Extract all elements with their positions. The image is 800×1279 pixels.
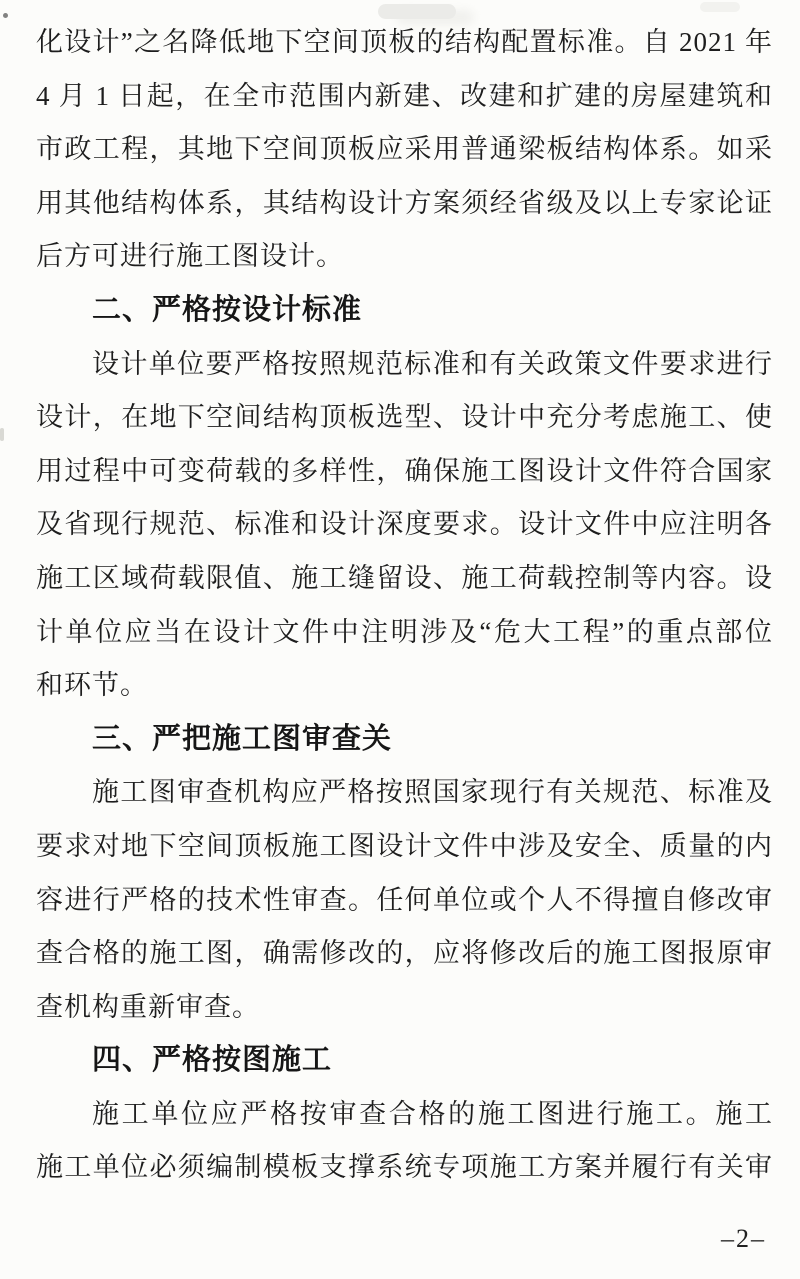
section-heading: 四、严格按图施工 xyxy=(36,1034,773,1088)
body-line: 化设计”之名降低地下空间顶板的结构配置标准。自 2021 年 xyxy=(36,16,773,70)
body-line: 设计，在地下空间结构顶板选型、设计中充分考虑施工、使 xyxy=(36,391,773,445)
scan-artifact xyxy=(0,428,4,441)
body-line: 和环节。 xyxy=(36,659,773,713)
body-line: 容进行严格的技术性审查。任何单位或个人不得擅自修改审 xyxy=(36,874,773,928)
section-heading: 三、严把施工图审查关 xyxy=(36,713,773,767)
scan-artifact xyxy=(700,2,740,12)
body-line: 施工单位应严格按审查合格的施工图进行施工。施工前， xyxy=(36,1088,773,1142)
body-line: 施工单位必须编制模板支撑系统专项施工方案并履行有关审 xyxy=(36,1141,773,1195)
body-line: 4 月 1 日起，在全市范围内新建、改建和扩建的房屋建筑和 xyxy=(36,70,773,124)
body-line: 查机构重新审查。 xyxy=(36,981,773,1035)
body-line: 要求对地下空间顶板施工图设计文件中涉及安全、质量的内 xyxy=(36,820,773,874)
body-line: 用过程中可变荷载的多样性，确保施工图设计文件符合国家 xyxy=(36,445,773,499)
document-page: 化设计”之名降低地下空间顶板的结构配置标准。自 2021 年4 月 1 日起，在… xyxy=(0,0,800,1279)
page-number: –2– xyxy=(721,1224,766,1254)
body-line: 用其他结构体系，其结构设计方案须经省级及以上专家论证 xyxy=(36,177,773,231)
body-line: 查合格的施工图，确需修改的，应将修改后的施工图报原审 xyxy=(36,927,773,981)
body-line: 后方可进行施工图设计。 xyxy=(36,230,773,284)
body-line: 计单位应当在设计文件中注明涉及“危大工程”的重点部位 xyxy=(36,606,773,660)
body-line: 及省现行规范、标准和设计深度要求。设计文件中应注明各 xyxy=(36,498,773,552)
section-heading: 二、严格按设计标准 xyxy=(36,284,773,338)
body-line: 设计单位要严格按照规范标准和有关政策文件要求进行 xyxy=(36,338,773,392)
body-line: 市政工程，其地下空间顶板应采用普通梁板结构体系。如采 xyxy=(36,123,773,177)
body-line: 施工区域荷载限值、施工缝留设、施工荷载控制等内容。设 xyxy=(36,552,773,606)
document-body: 化设计”之名降低地下空间顶板的结构配置标准。自 2021 年4 月 1 日起，在… xyxy=(36,16,773,1195)
body-line: 施工图审查机构应严格按照国家现行有关规范、标准及 xyxy=(36,766,773,820)
scan-artifact xyxy=(3,13,8,18)
